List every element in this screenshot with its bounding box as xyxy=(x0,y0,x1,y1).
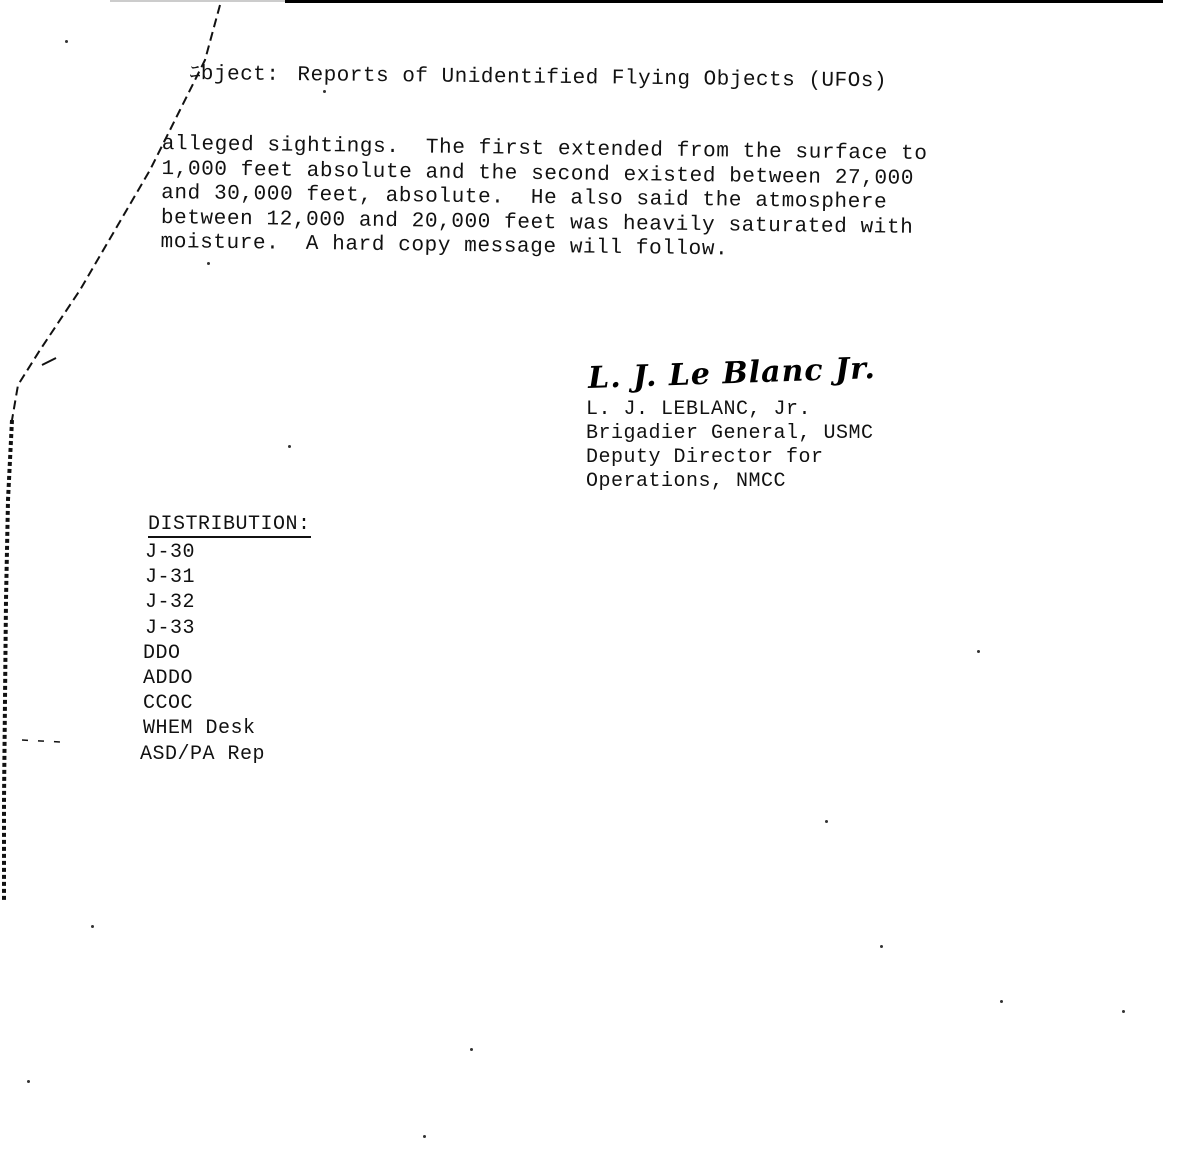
scan-speck xyxy=(27,1080,30,1083)
distribution-item: J-31 xyxy=(145,565,311,590)
subject-label: ﾆbject: xyxy=(190,63,280,87)
signer-rank: Brigadier General, USMC xyxy=(586,422,874,446)
scan-speck xyxy=(1122,1010,1125,1013)
scan-speck xyxy=(65,40,68,43)
signature-block: L. J. LEBLANC, Jr.Brigadier General, USM… xyxy=(586,398,874,494)
distribution-items: J-30 J-31 J-32 J-33 DDO ADDO CCOC WHEM D… xyxy=(142,540,311,767)
scan-speck xyxy=(323,90,326,93)
distribution-item: CCOC xyxy=(143,691,311,716)
distribution-item: J-30 xyxy=(145,540,311,565)
distribution-item: ADDO xyxy=(143,666,311,691)
distribution-item: DDO xyxy=(143,641,311,666)
signer-name: L. J. LEBLANC, Jr. xyxy=(586,398,874,422)
body-paragraph: alleged sightings. The first extended fr… xyxy=(160,133,927,266)
distribution-list: DISTRIBUTION: J-30 J-31 J-32 J-33 DDO AD… xyxy=(142,512,311,767)
scan-speck xyxy=(207,262,210,265)
handwritten-signature: L. J. Le Blanc Jr. xyxy=(587,351,876,396)
scan-speck xyxy=(977,650,980,653)
scan-speck xyxy=(880,945,883,948)
distribution-heading: DISTRIBUTION: xyxy=(148,514,311,538)
scan-speck xyxy=(288,445,291,448)
scan-speck xyxy=(825,820,828,823)
scan-speck xyxy=(1000,1000,1003,1003)
scan-speck xyxy=(91,925,94,928)
distribution-item: WHEM Desk xyxy=(143,716,311,741)
scan-speck xyxy=(470,1048,473,1051)
scan-edge-top xyxy=(285,0,1163,3)
subject-line: ﾆbject:Reports of Unidentified Flying Ob… xyxy=(190,56,887,93)
signer-title-line1: Deputy Director for xyxy=(586,446,874,470)
distribution-item: J-33 xyxy=(145,616,311,641)
distribution-item: ASD/PA Rep xyxy=(140,742,311,767)
distribution-item: J-32 xyxy=(145,590,311,615)
scan-speck xyxy=(423,1135,426,1138)
signer-title-line2: Operations, NMCC xyxy=(586,470,874,494)
subject-text: Reports of Unidentified Flying Objects (… xyxy=(297,64,887,93)
